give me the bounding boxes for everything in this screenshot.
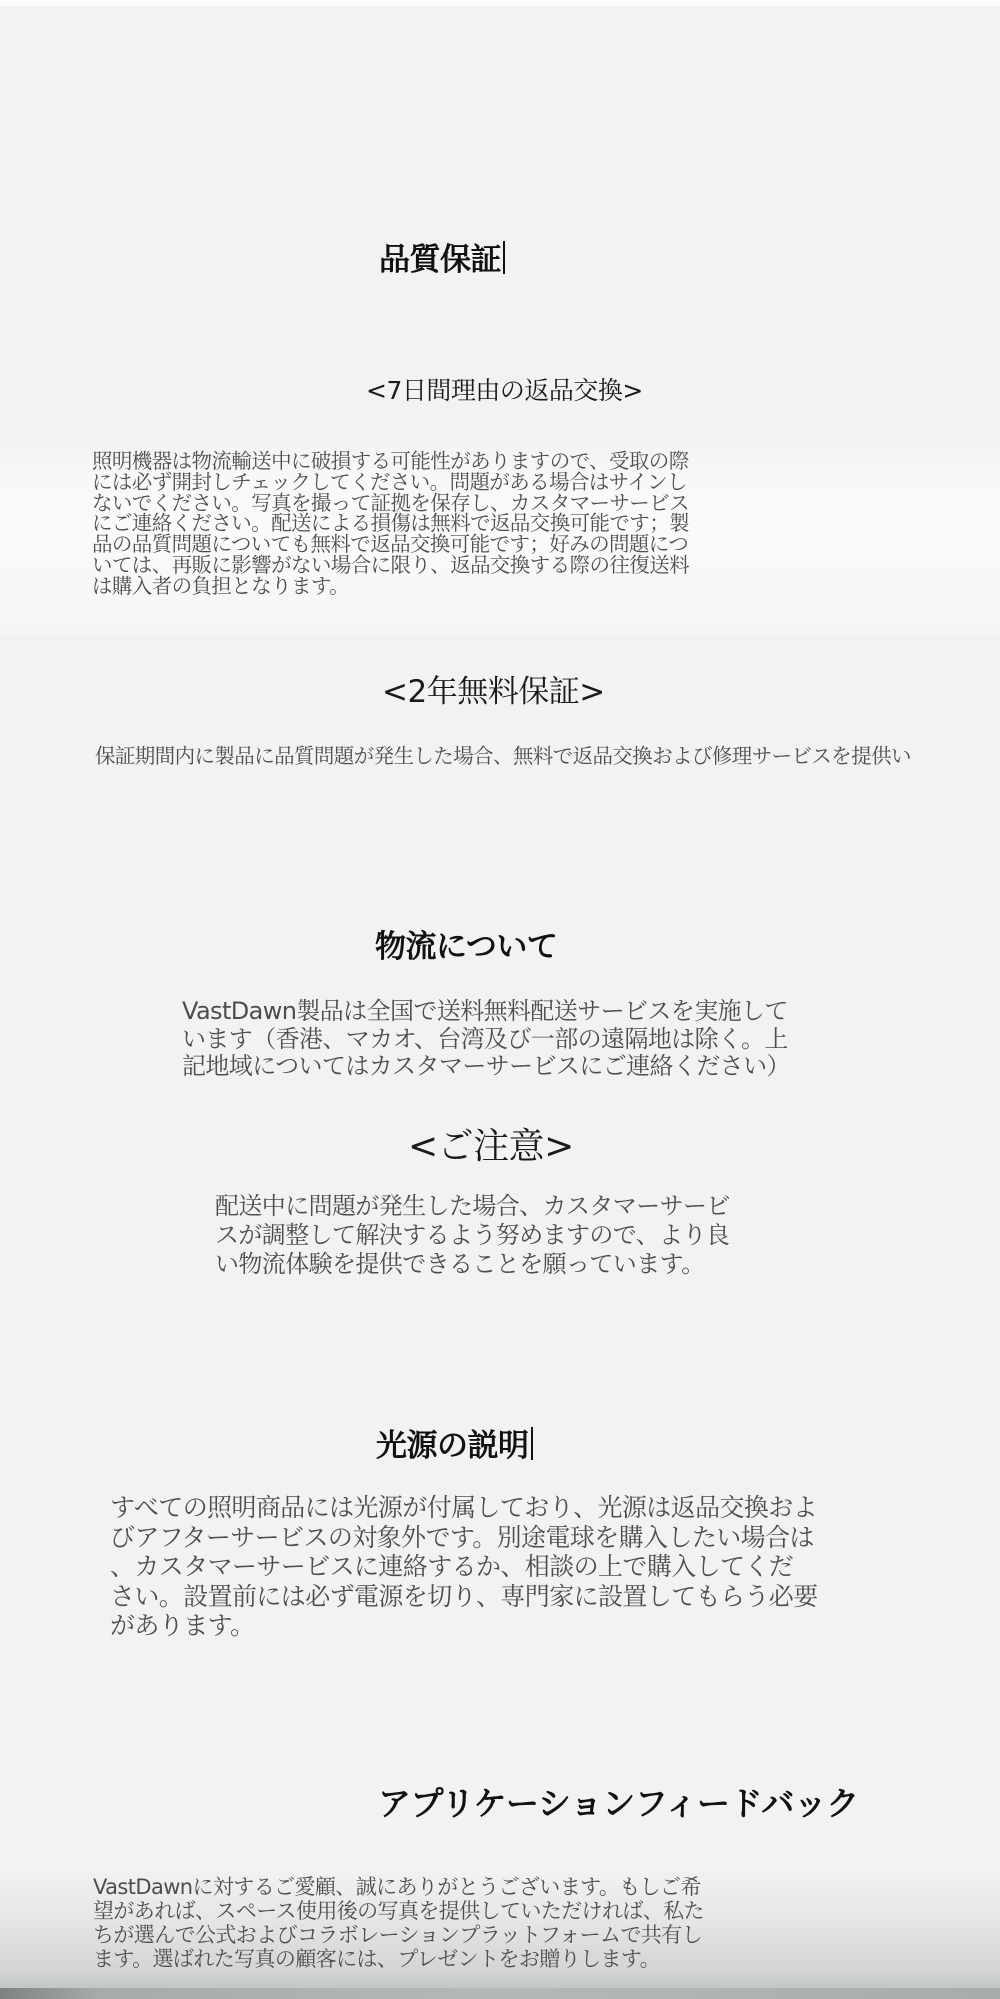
paragraph-line: 、カスタマーサービスに連絡するか、相談の上で購入してくだ [110, 1552, 818, 1582]
paragraph-line: ないでください。写真を撮って証拠を保存し、カスタマーサービス [92, 493, 689, 514]
warranty-title: <2年無料保証> [382, 666, 605, 711]
paragraph-line: は購入者の負担となります。 [92, 576, 689, 597]
paragraph-line: びアフターサービスの対象外です。別途電球を購入したい場合は [110, 1523, 818, 1553]
top-strip [0, 0, 1000, 6]
text-caret [531, 1427, 533, 1460]
warranty-text: 保証期間内に製品に品質問題が発生した場合、無料で返品交換および修理サービスを提供… [95, 744, 911, 768]
section-title-quality-text: 品質保証 [379, 242, 501, 278]
paragraph-line: 記地域についてはカスタマーサービスにご連絡ください） [182, 1053, 790, 1081]
paragraph-line: ちが選んで公式およびコラボレーションプラットフォームで共有し [93, 1923, 704, 1947]
logistics-text: VastDawn製品は全国で送料無料配送サービスを実施して います（香港、マカオ… [182, 998, 790, 1081]
paragraph-line: 望があれば、スペース使用後の写真を提供していただければ、私た [93, 1899, 704, 1923]
paragraph-line: には必ず開封しチェックしてください。問題がある場合はサインし [92, 472, 689, 493]
paragraph-line: スが調整して解決するよう努めますので、より良 [215, 1221, 730, 1250]
paragraph-line: すべての照明商品には光源が付属しており、光源は返品交換およ [110, 1493, 818, 1523]
paragraph-line: いては、再販に影響がない場合に限り、返品交換する際の往復送料 [92, 555, 689, 576]
feedback-text: VastDawnに対するご愛顧、誠にありがとうございます。もしご希 望があれば、… [93, 1875, 704, 1971]
paragraph-line: VastDawnに対するご愛顧、誠にありがとうございます。もしご希 [93, 1875, 704, 1899]
paragraph-line: 照明機器は物流輸送中に破損する可能性がありますので、受取の際 [92, 451, 689, 472]
paragraph-line: さい。設置前には必ず電源を切り、専門家に設置してもらう必要 [110, 1582, 818, 1612]
light-source-text: すべての照明商品には光源が付属しており、光源は返品交換およ びアフターサービスの… [110, 1493, 818, 1641]
paragraph-line: にご連絡ください。配送による損傷は無料で返品交換可能です；製 [92, 513, 689, 534]
return-policy-title: <7日間理由の返品交換> [366, 371, 643, 407]
text-caret [503, 241, 505, 274]
paragraph-line: ます。選ばれた写真の顧客には、プレゼントをお贈りします。 [93, 1947, 704, 1971]
section-title-logistics: 物流について [375, 921, 557, 966]
background-edge [0, 1988, 1000, 1999]
paragraph-line: 品の品質問題についても無料で返品交換可能です；好みの問題につ [92, 534, 689, 555]
notice-title: <ご注意> [408, 1118, 574, 1169]
paragraph-line: 保証期間内に製品に品質問題が発生した場合、無料で返品交換および修理サービスを提供… [95, 744, 911, 768]
return-policy-text: 照明機器は物流輸送中に破損する可能性がありますので、受取の際 には必ず開封しチェ… [92, 451, 689, 597]
paragraph-line: い物流体験を提供できることを願っています。 [215, 1250, 730, 1279]
paragraph-line: があります。 [110, 1611, 818, 1641]
paragraph-line: 配送中に問題が発生した場合、カスタマーサービ [215, 1192, 730, 1221]
section-title-quality: 品質保証 [379, 234, 505, 279]
notice-text: 配送中に問題が発生した場合、カスタマーサービ スが調整して解決するよう努めますの… [215, 1192, 730, 1279]
section-title-light-source: 光源の説明 [376, 1420, 533, 1465]
paragraph-line: VastDawn製品は全国で送料無料配送サービスを実施して [182, 998, 790, 1026]
section-title-light-source-text: 光源の説明 [376, 1428, 529, 1464]
section-title-feedback: アプリケーションフィードバック [378, 1778, 859, 1825]
paragraph-line: います（香港、マカオ、台湾及び一部の遠隔地は除く。上 [182, 1026, 790, 1054]
